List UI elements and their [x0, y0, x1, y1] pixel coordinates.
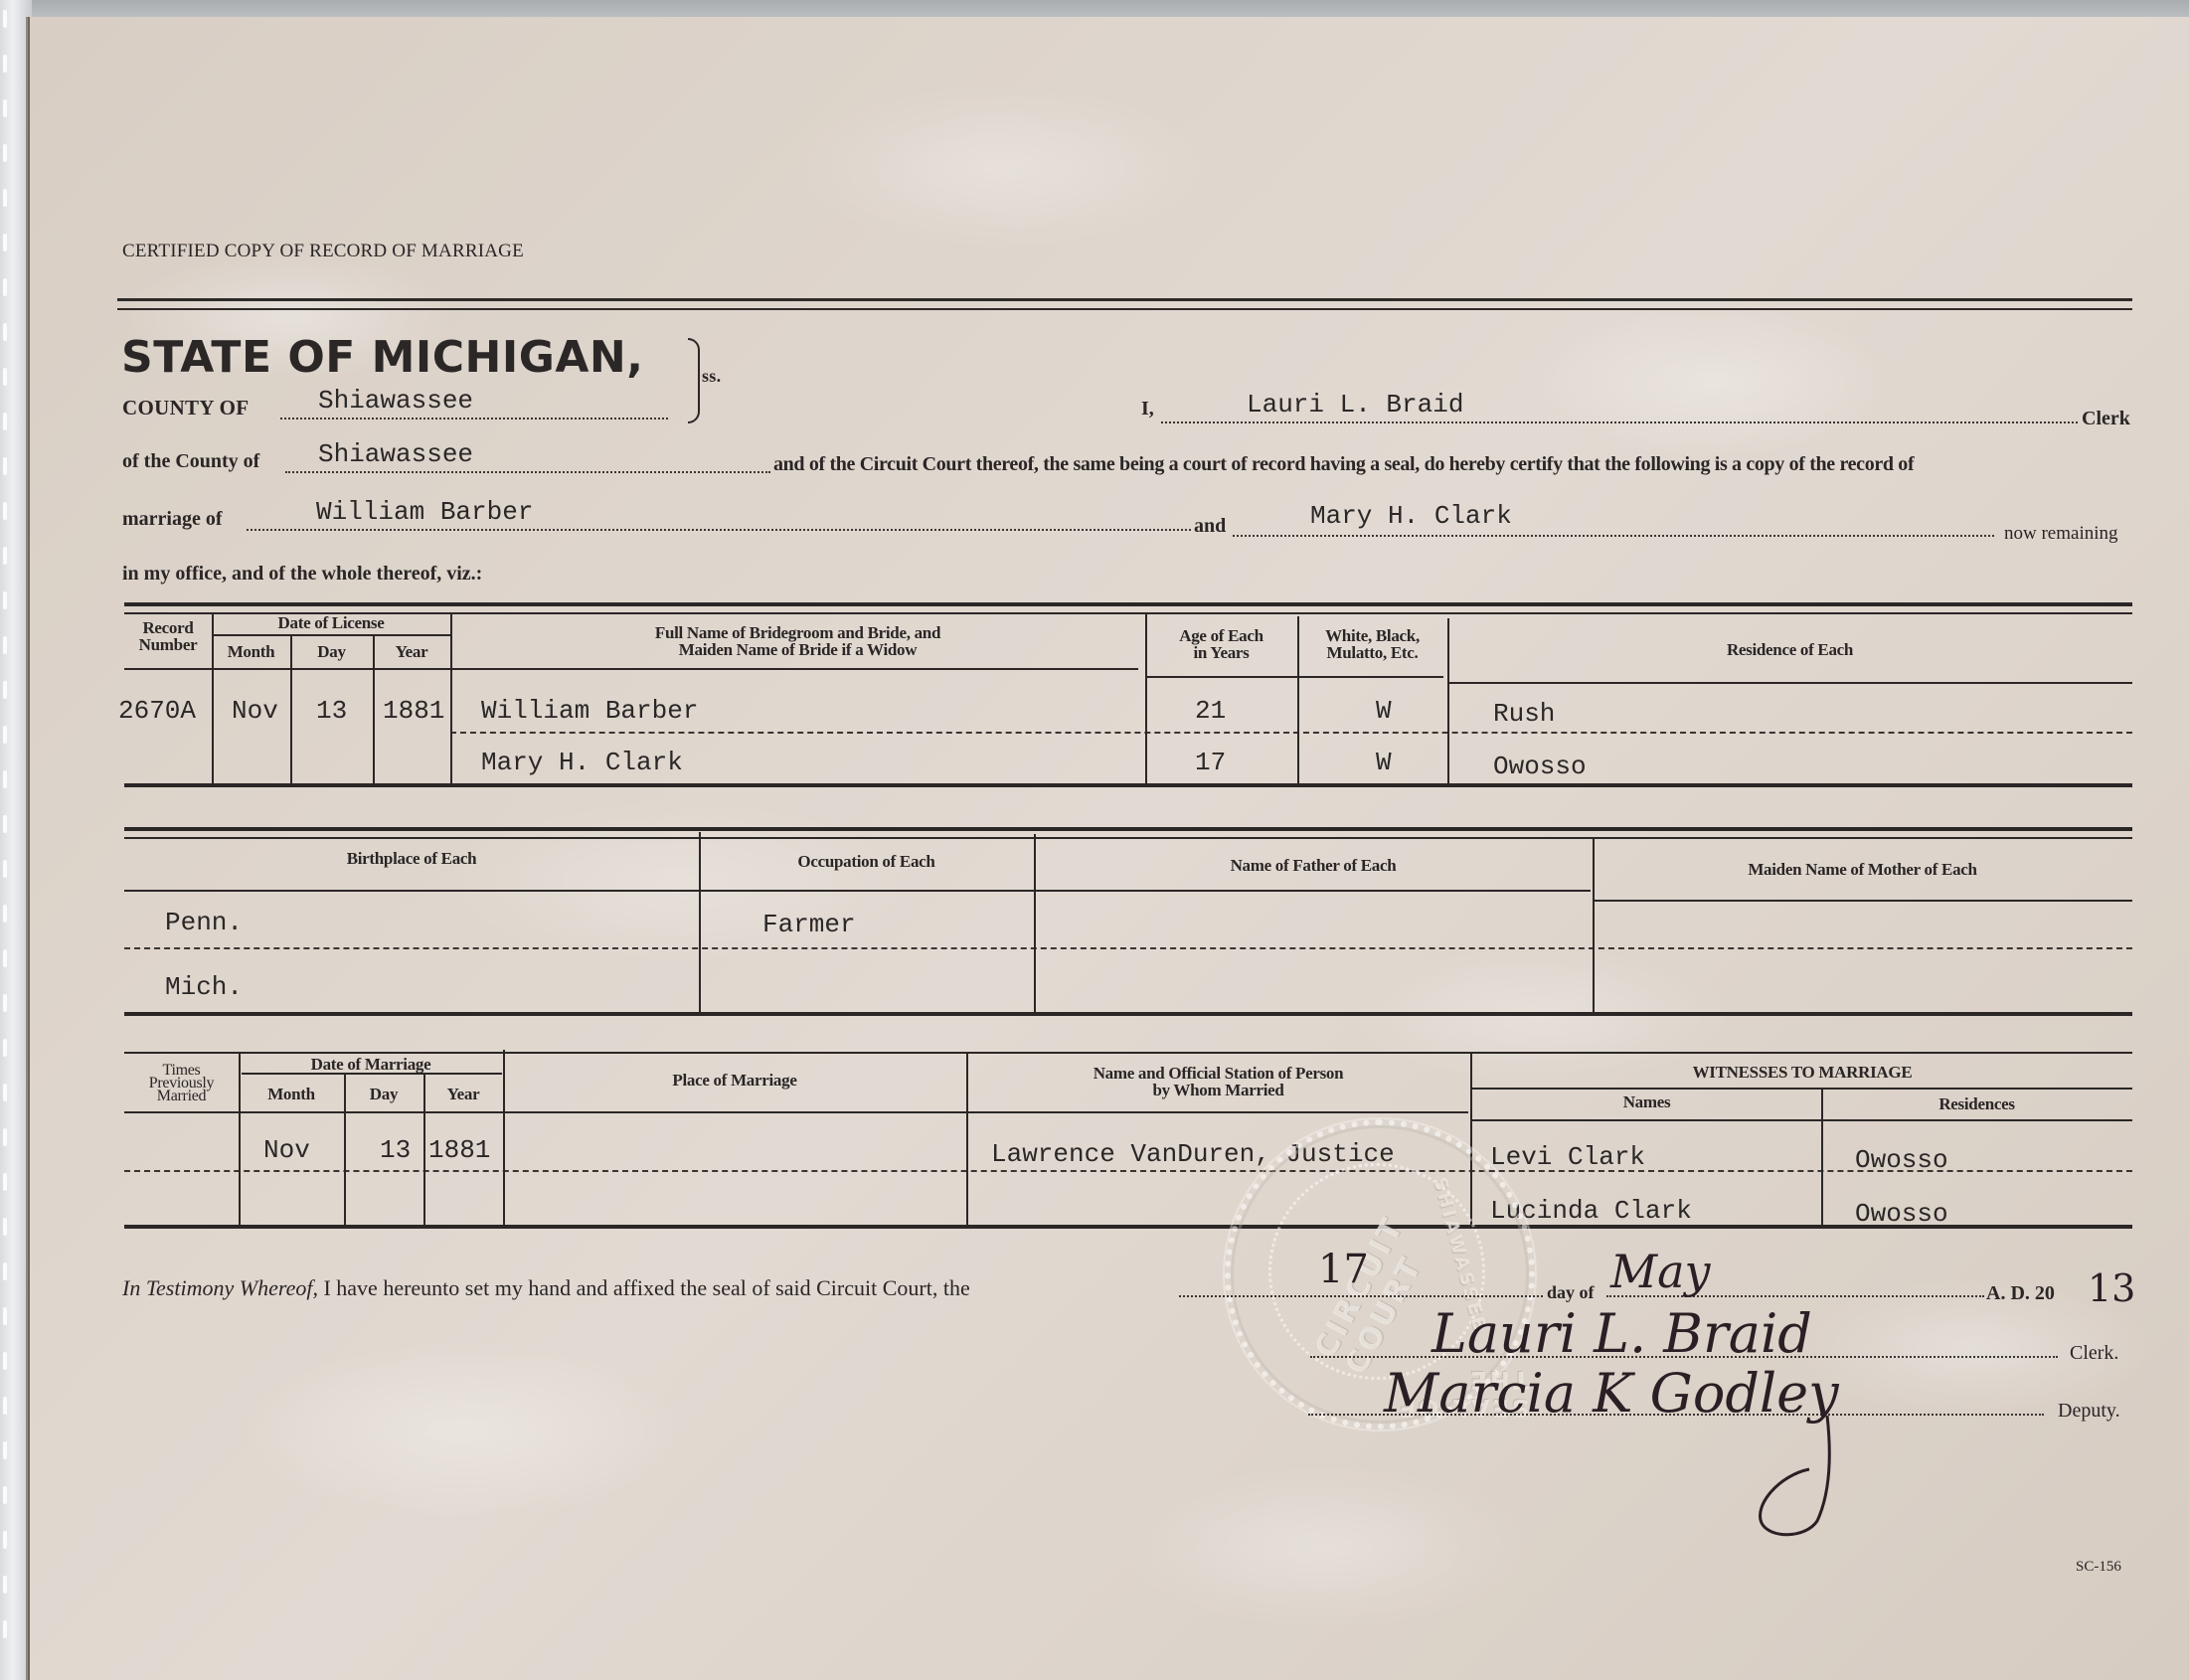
- groom-age: 21: [1195, 696, 1226, 726]
- groom-birthplace: Penn.: [165, 908, 243, 937]
- bride-residence: Owosso: [1493, 752, 1587, 781]
- header-license-month: Month: [212, 643, 290, 660]
- clerk-suffix: Clerk: [2082, 408, 2130, 430]
- header-times-3: Married: [124, 1090, 239, 1102]
- county-value: Shiawassee: [318, 386, 473, 416]
- header-license-year: Year: [373, 643, 450, 660]
- month-value: May: [1610, 1245, 1711, 1298]
- header-mother: Maiden Name of Mother of Each: [1593, 861, 2132, 878]
- header-rule-top: [117, 298, 2132, 301]
- bride-race: W: [1376, 748, 1392, 777]
- plastic-sleeve-edge: [0, 0, 32, 1680]
- witness-residence: Owosso: [1855, 1145, 1948, 1175]
- bride-age: 17: [1195, 748, 1226, 777]
- header-officiant-1: Name and Official Station of Person: [966, 1065, 1470, 1082]
- of-county-label: of the County of: [122, 450, 259, 473]
- header-marriage-year: Year: [423, 1086, 503, 1102]
- clerk-label: Clerk.: [2070, 1342, 2118, 1365]
- ad-label: A. D. 20: [1986, 1282, 2055, 1305]
- bride-full-name: Mary H. Clark: [481, 748, 683, 777]
- header-date-of-license: Date of License: [212, 614, 450, 631]
- testimony-text: I have hereunto set my hand and affixed …: [323, 1275, 969, 1300]
- header-place: Place of Marriage: [503, 1072, 966, 1089]
- scanner-top-edge: [0, 0, 2189, 18]
- header-full-name: Full Name of Bridegroom and Bride, and: [450, 624, 1145, 641]
- clerk-name: Lauri L. Braid: [1247, 390, 1463, 420]
- state-heading: STATE OF MICHIGAN,: [121, 332, 643, 383]
- header-officiant-2: by Whom Married: [966, 1082, 1470, 1098]
- now-remaining-label: now remaining: [2004, 523, 2118, 545]
- groom-residence: Rush: [1493, 699, 1555, 729]
- witness-name: Levi Clark: [1490, 1142, 1645, 1172]
- marriage-year: 1881: [428, 1135, 490, 1165]
- ss-label: ss.: [702, 366, 721, 387]
- form-title: CERTIFIED COPY OF RECORD OF MARRIAGE: [122, 241, 524, 262]
- county-of-label: COUNTY OF: [122, 396, 249, 420]
- header-birthplace: Birthplace of Each: [124, 850, 699, 867]
- signature-flourish-icon: [1740, 1412, 1849, 1541]
- bride-name: Mary H. Clark: [1310, 501, 1512, 531]
- marriage-day: 13: [380, 1135, 411, 1165]
- certify-text: and of the Circuit Court thereof, the sa…: [773, 453, 2145, 476]
- bride-dotted-line: [1233, 535, 1994, 537]
- header-father: Name of Father of Each: [1034, 857, 1593, 874]
- i-label: I,: [1141, 398, 1154, 420]
- license-year: 1881: [383, 696, 444, 726]
- header-witnesses: WITNESSES TO MARRIAGE: [1472, 1064, 2132, 1081]
- header-date-of-marriage: Date of Marriage: [239, 1056, 503, 1073]
- brace: [688, 338, 700, 423]
- header-record-number: Record Number: [124, 619, 212, 653]
- license-day: 13: [316, 696, 347, 726]
- day-of-label: day of: [1547, 1282, 1595, 1303]
- form-number: SC-156: [2076, 1559, 2121, 1576]
- groom-dotted-line: [247, 529, 1191, 531]
- header-full-name-2: Maiden Name of Bride if a Widow: [450, 641, 1145, 658]
- year-value: 13: [2088, 1266, 2135, 1310]
- header-marriage-month: Month: [239, 1086, 344, 1102]
- header-witness-residences: Residences: [1821, 1095, 2132, 1112]
- clerk-signature: Lauri L. Braid: [1431, 1302, 1812, 1365]
- of-county-dotted-line: [285, 471, 770, 473]
- header-occupation: Occupation of Each: [699, 853, 1034, 870]
- header-race: White, Black,: [1297, 627, 1447, 644]
- bride-birthplace: Mich.: [165, 972, 243, 1002]
- witness-residence: Owosso: [1855, 1199, 1948, 1229]
- header-witness-names: Names: [1472, 1093, 1821, 1110]
- header-license-day: Day: [290, 643, 373, 660]
- header-residence: Residence of Each: [1447, 641, 2132, 658]
- county-dotted-line: [280, 418, 668, 420]
- groom-occupation: Farmer: [762, 910, 856, 939]
- testimony-statement: In Testimony Whereof, I have hereunto se…: [122, 1275, 970, 1301]
- header-marriage-day: Day: [344, 1086, 423, 1102]
- groom-full-name: William Barber: [481, 696, 698, 726]
- groom-race: W: [1376, 696, 1392, 726]
- header-rule-bottom: [117, 308, 2132, 310]
- header-race-2: Mulatto, Etc.: [1297, 644, 1447, 661]
- testimony-italic: In Testimony Whereof,: [122, 1275, 318, 1300]
- clerk-dotted-line: [1161, 421, 2078, 423]
- header-age: Age of Each: [1145, 627, 1297, 644]
- office-text: in my office, and of the whole thereof, …: [122, 563, 482, 586]
- deputy-label: Deputy.: [2058, 1400, 2120, 1423]
- of-county-value: Shiawassee: [318, 439, 473, 469]
- header-age-2: in Years: [1145, 644, 1297, 661]
- marriage-month: Nov: [263, 1135, 310, 1165]
- day-dotted-line: [1179, 1295, 1543, 1297]
- groom-name: William Barber: [316, 497, 533, 527]
- and-label: and: [1194, 515, 1226, 538]
- license-month: Nov: [232, 696, 278, 726]
- marriage-of-label: marriage of: [122, 508, 223, 531]
- day-value: 17: [1318, 1247, 1369, 1292]
- record-number: 2670A: [118, 696, 196, 726]
